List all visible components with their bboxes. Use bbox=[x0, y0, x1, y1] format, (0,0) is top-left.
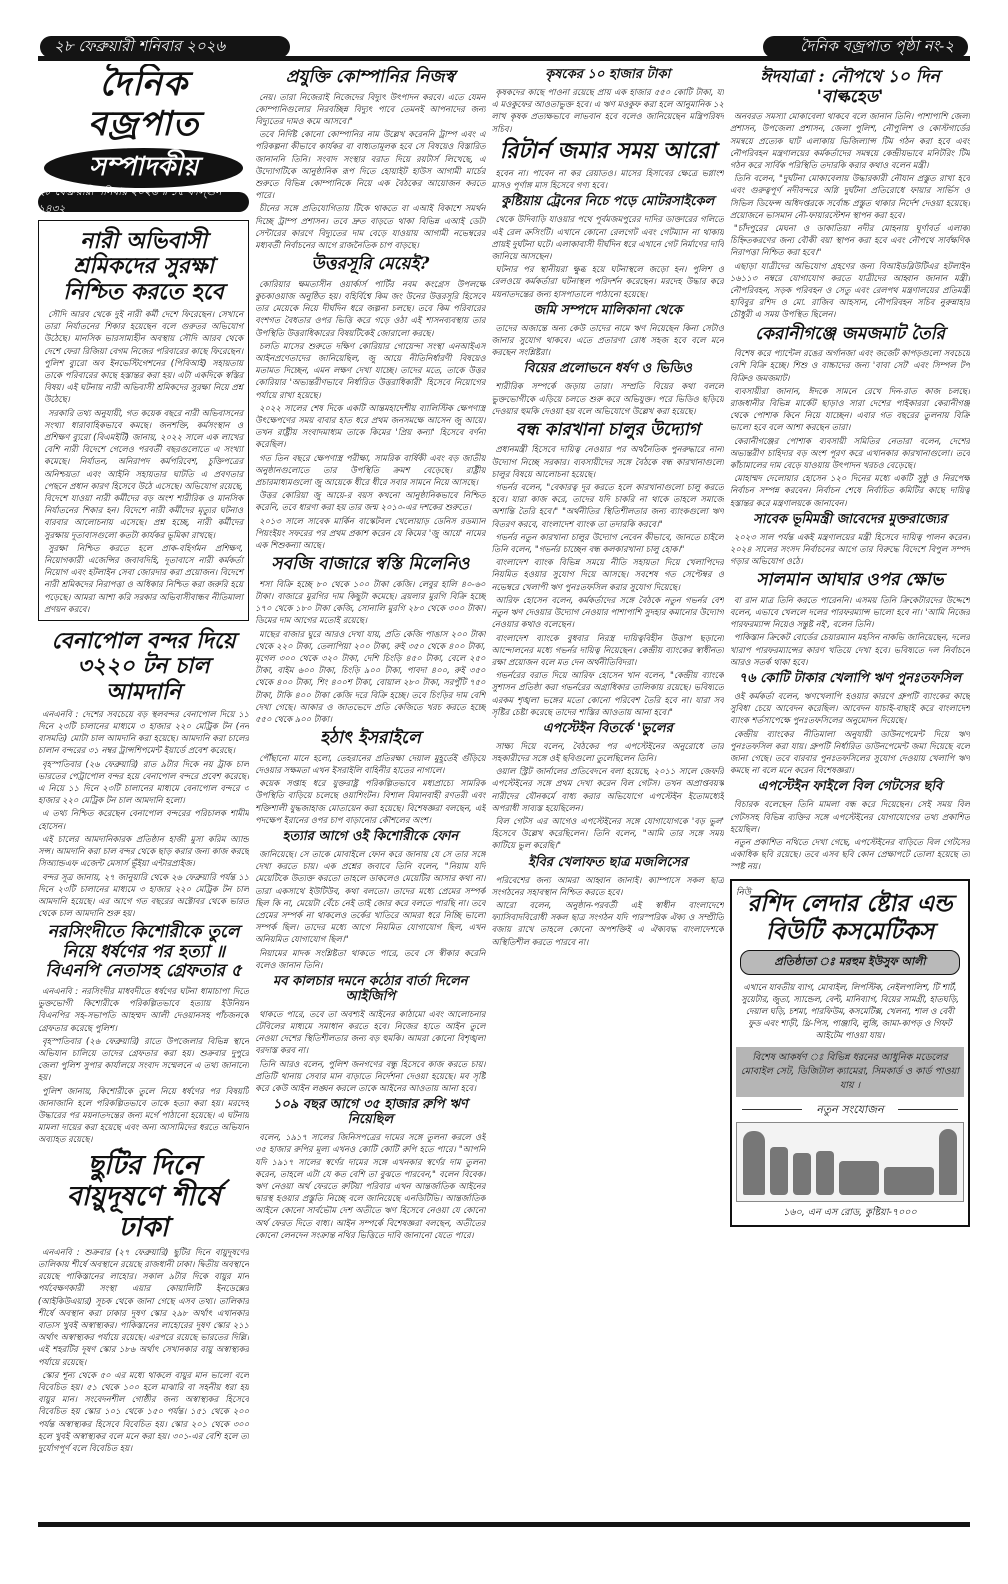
newspaper-page: দৈনিক বজ্রপাত সম্পাদকীয় ২৮ ফেব্রুয়ারী … bbox=[38, 64, 970, 1524]
article-paragraph: বিশেষ করে প্যান্টেল রঙের অর্গানজা এবং জর… bbox=[730, 347, 970, 384]
phone-headline: হত্যার আগে ওই কিশোরীকে ফোন bbox=[255, 830, 485, 845]
article-paragraph: সৌদি আরব থেকে দুই নারী কর্মী দেশে ফিরেছে… bbox=[44, 308, 243, 406]
article-paragraph: বিচারক বলেছেন তিনি মামলা বন্ধ করে দিয়েছ… bbox=[730, 798, 970, 835]
article-paragraph: গভর্নর বলেন, "বেকারত্ব দূর করতে হলে কারখ… bbox=[492, 481, 724, 530]
article-paragraph: পরিবেশের জন্য আমরা আহ্বান জানাই। ক্যাম্প… bbox=[492, 874, 724, 898]
article-paragraph: ২০২৩ সাল পর্যন্ত একই মন্ত্রণালয়ের মন্ত্… bbox=[730, 531, 970, 568]
article-paragraph: ঘটনার পর স্থানীয়রা ক্ষুব্ধ হয়ে ঘটনাস্থ… bbox=[492, 263, 724, 300]
footer-rule bbox=[38, 1522, 970, 1527]
narsingdi-headline: নরসিংদীতে কিশোরীকে তুলে নিয়ে ধর্ষণের পর… bbox=[38, 923, 249, 982]
header-page-pill: দৈনিক বজ্রপাত পৃষ্ঠা নং-২ bbox=[763, 36, 968, 58]
article-paragraph: আরো বলেন, অনুষ্ঠান-পরবর্তী এই স্বাধীন বা… bbox=[492, 899, 724, 948]
keraniganj-headline: কেরানীগঞ্জে জমজমাট তৈরি bbox=[730, 325, 970, 345]
column-4: ঈদযাত্রা : নৌপথে ১০ দিন 'বাল্কহেড' অনবরত… bbox=[730, 64, 970, 1524]
israel-article: হঠাৎ ইসরাইলে পৌঁছানো মানে হলো, তেহরানের … bbox=[255, 729, 485, 826]
ad-store-name: রশিদ লেদার ষ্টোর এন্ড বিউটি কসমেটিকস bbox=[736, 890, 964, 946]
article-paragraph: তিনি বলেন, "দুর্ঘটনা মোকাবেলায় উদ্ধারকা… bbox=[730, 172, 970, 221]
article-paragraph: জানিয়েছে। সে তাকে মোবাইলে ফোন করে জানায… bbox=[255, 848, 485, 946]
article-paragraph: গভর্নর নতুন কারখানা চালুর উদ্যোগ নেবেন ক… bbox=[492, 531, 724, 555]
rupee-headline: ১০৯ বছর আগে ৩৫ হাজার রুপি ঋণ নিয়েছিল bbox=[255, 1098, 485, 1128]
north-korea-headline: উত্তরসূরি মেয়েই? bbox=[255, 255, 485, 275]
article-paragraph: প্রধানমন্ত্রী হিসেবে দায়িত্ব নেওয়ার পর… bbox=[492, 443, 724, 480]
narsingdi-article: নরসিংদীতে কিশোরীকে তুলে নিয়ে ধর্ষণের পর… bbox=[38, 923, 249, 1145]
land-minister-article: সাবেক ভূমিমন্ত্রী জাবেদের মুক্তরাজ্যের ২… bbox=[730, 513, 970, 568]
header-rule bbox=[38, 56, 970, 61]
farmers-article: কৃষকের ১০ হাজার টাকা কৃষকদের কাছে পাওনা … bbox=[492, 68, 724, 135]
article-paragraph: নতুন প্রকাশিত নথিতে দেখা গেছে, এপস্টেইনে… bbox=[730, 836, 970, 873]
israel-headline: হঠাৎ ইসরাইলে bbox=[255, 729, 485, 749]
article-paragraph: বাংলাদেশ ব্যাংকে বুধবার নিরস্ত্র দায়িত্… bbox=[492, 632, 724, 669]
article-paragraph: ২০১৩ সালে সাবেক মার্কিন বাস্কেটবল খেলোয়… bbox=[255, 515, 485, 552]
ad-products: এখানে যাবতীয় ব্যাগ, মোবাইল, লিপস্টিক, ন… bbox=[736, 979, 964, 1043]
article-paragraph: নিয়ামের মাদক সংশ্লিষ্টতা থাকতে পারে, তব… bbox=[255, 947, 485, 971]
article-paragraph: কেন্দ্রীয় ব্যাংকের নীতিমালা অনুযায়ী ডা… bbox=[730, 728, 970, 777]
editorial-headline: নারী অভিবাসী শ্রমিকদের সুরক্ষা নিশ্চিত ক… bbox=[44, 229, 243, 305]
phone-article: হত্যার আগে ওই কিশোরীকে ফোন জানিয়েছে। সে… bbox=[255, 830, 485, 971]
article-paragraph: থেকে উদিবাড়ি যাওয়ার পথে পূর্বমজমপুরের … bbox=[492, 213, 724, 262]
epstein-article: এপস্টেইন বিতর্কে 'ভুলের সাক্ষ্য দিয়ে বল… bbox=[492, 722, 724, 852]
article-paragraph: এই চালের আমদানিকারক প্রতিষ্ঠান হাজী মুসা… bbox=[38, 833, 249, 870]
salman-article: সালমান আঘার ওপর ক্ষোভ বা রান মাত্র তিনি … bbox=[730, 571, 970, 668]
article-paragraph: বা রান মাত্র তিনি করতে পারেননি। এসময় তি… bbox=[730, 594, 970, 631]
article-paragraph: পুলিশ জানায়, কিশোরীকে তুলে নিয়ে ধর্ষণে… bbox=[38, 1085, 249, 1146]
factories-headline: বন্ধ কারখানা চালুর উদ্যোগ bbox=[492, 421, 724, 441]
article-paragraph: তবে নির্দিষ্ট কোনো কোম্পানির নাম উল্লেখ … bbox=[255, 128, 485, 201]
article-paragraph: এনএনবি : দেশের সবচেয়ে বড় স্থলবন্দর বেন… bbox=[38, 708, 249, 757]
salman-headline: সালমান আঘার ওপর ক্ষোভ bbox=[730, 571, 970, 591]
air-pollution-headline: ছুটির দিনে বায়ুদূষণে শীর্ষে ঢাকা bbox=[38, 1150, 249, 1243]
article-paragraph: গভর্নরের বরাত দিয়ে আরিফ হোসেন খান বলেন,… bbox=[492, 669, 724, 718]
eid-article: ঈদযাত্রা : নৌপথে ১০ দিন 'বাল্কহেড' অনবরত… bbox=[730, 68, 970, 321]
article-paragraph: বৃহস্পতিবার (২৬ ফেব্রুয়ারি) রাত ৯টার দি… bbox=[38, 758, 249, 807]
article-paragraph: "চাঁদপুরের মেঘনা ও ডাকাতিয়া নদীর মোহনায… bbox=[730, 222, 970, 259]
tech-article: প্রযুক্তি কোম্পানির নিজস্ব নেয়। তারা নি… bbox=[255, 68, 485, 251]
article-paragraph: পাকিস্তান ক্রিকেট বোর্ডের চেয়ারম্যান মহ… bbox=[730, 631, 970, 668]
mobile-phone-icon bbox=[770, 1147, 788, 1195]
editorial-section-label: সম্পাদকীয় bbox=[44, 148, 243, 188]
reschedule-headline: ৭৬ কোটি টাকার খেলাপি ঋণ পুনঃতফসিল bbox=[730, 672, 970, 687]
marriage-article: বিয়ের প্রলোভনে ধর্ষণ ও ভিডিও শারীরিক সম… bbox=[492, 362, 724, 417]
train-headline: কুষ্টিয়ায় ট্রেনের নিচে পড়ে মোটরসাইকেল bbox=[492, 195, 724, 210]
article-paragraph: তিনি আরও বলেন, পুলিশ জনগণের বন্ধু হিসেবে… bbox=[255, 1058, 485, 1095]
article-paragraph: কৃষকদের কাছে পাওনা রয়েছে প্রায় এক হাজা… bbox=[492, 86, 724, 135]
vegetables-headline: সবজি বাজারে স্বস্তি মিলেনিও bbox=[255, 555, 485, 575]
article-paragraph: কোরিয়ার ক্ষমতাসীন ওয়ার্কার্স পার্টির ন… bbox=[255, 278, 485, 339]
factories-article: বন্ধ কারখানা চালুর উদ্যোগ প্রধানমন্ত্রী … bbox=[492, 421, 724, 718]
rupee-article: ১০৯ বছর আগে ৩৫ হাজার রুপি ঋণ নিয়েছিল বল… bbox=[255, 1098, 485, 1241]
article-paragraph: ২০২২ সালের শেষ দিকে একটি আন্তমহাদেশীয় ব… bbox=[255, 402, 485, 451]
article-paragraph: এনএনবি : নরসিংদীর মাধবদীতে ধর্ষণের ঘটনা … bbox=[38, 985, 249, 1034]
editorial-article: নারী অভিবাসী শ্রমিকদের সুরক্ষা নিশ্চিত ক… bbox=[38, 220, 249, 621]
igp-article: মব কালচার দমনে কঠোর বার্তা দিলেন আইজিপি … bbox=[255, 975, 485, 1094]
return-headline: রিটার্ন জমার সময় আরো bbox=[492, 139, 724, 164]
farmers-headline: কৃষকের ১০ হাজার টাকা bbox=[492, 68, 724, 83]
loan-article: জমি সম্পদে মালিকানা থেকে তাদের অজান্তে অ… bbox=[492, 304, 724, 359]
keraniganj-article: কেরানীগঞ্জে জমজমাট তৈরি বিশেষ করে প্যান্… bbox=[730, 325, 970, 472]
loan-headline: জমি সম্পদে মালিকানা থেকে bbox=[492, 304, 724, 319]
article-paragraph: মোহাম্মদ দেলোয়ার হোসেন ১২০ দিনের মধ্যে … bbox=[730, 472, 970, 509]
epstein-photo-article: এপস্টেইন ফাইলে বিল গেটসের ছবি বিচারক বলে… bbox=[730, 780, 970, 872]
students-article: ইবির খেলাফত ছাত্র মজলিসের পরিবেশের জন্য … bbox=[492, 856, 724, 948]
article-paragraph: ব্যবসায়ীরা জানান, ঈদকে সামনে রেখে দিন-র… bbox=[730, 385, 970, 434]
article-paragraph: শসা বিক্রি হচ্ছে ৮০ থেকে ১০০ টাকা কেজি। … bbox=[255, 578, 485, 627]
article-paragraph: বিল গেটস এর আগেও এপস্টেইনের সঙ্গে যোগাযো… bbox=[492, 815, 724, 852]
masthead-title: দৈনিক বজ্রপাত bbox=[38, 64, 249, 144]
person-figure-icon bbox=[743, 1131, 765, 1195]
train-article: কুষ্টিয়ায় ট্রেনের নিচে পড়ে মোটরসাইকেল… bbox=[492, 195, 724, 299]
ad-product-images bbox=[736, 1122, 964, 1202]
benapole-article: বেনাপোল বন্দর দিয়ে ৩২২০ টন চাল আমদানি এ… bbox=[38, 629, 249, 919]
north-korea-article: উত্তরসূরি মেয়েই? কোরিয়ার ক্ষমতাসীন ওয়… bbox=[255, 255, 485, 551]
article-paragraph: কয়েক সপ্তাহ ধরে যুক্তরাষ্ট্র পরিকল্পিতভ… bbox=[255, 777, 485, 826]
article-paragraph: ওয়াল স্ট্রিট জার্নালের প্রতিবেদনে বলা হ… bbox=[492, 765, 724, 814]
column-3: কৃষকের ১০ হাজার টাকা কৃষকদের কাছে পাওনা … bbox=[492, 64, 724, 1524]
article-paragraph: শারীরিক সম্পর্কে জড়ায় তারা। সম্প্রতি ব… bbox=[492, 380, 724, 417]
column-2: প্রযুক্তি কোম্পানির নিজস্ব নেয়। তারা নি… bbox=[255, 64, 485, 1524]
marriage-headline: বিয়ের প্রলোভনে ধর্ষণ ও ভিডিও bbox=[492, 362, 724, 377]
article-paragraph: তাদের অজান্তে অন্য কেউ তাদের নামে ঋণ নিয… bbox=[492, 322, 724, 359]
tech-headline: প্রযুক্তি কোম্পানির নিজস্ব bbox=[255, 68, 485, 88]
air-pollution-article: ছুটির দিনে বায়ুদূষণে শীর্ষে ঢাকা এনএনবি… bbox=[38, 1150, 249, 1455]
article-paragraph: বাংলাদেশ ব্যাংক বিভিন্ন সময়ে নীতি সহায়… bbox=[492, 556, 724, 593]
article-paragraph: মাছের বাজার ঘুরে আরও দেখা যায়, প্রতি কে… bbox=[255, 628, 485, 726]
article-paragraph: গত তিন বছরে ক্ষেপণাস্ত্র পরীক্ষা, সামরিক… bbox=[255, 452, 485, 489]
article-paragraph: আরিফ হোসেন বলেন, কর্মকর্তাদের সঙ্গে বৈঠক… bbox=[492, 594, 724, 631]
article-paragraph: হবেন না। পাবেন না কর রেয়াতও। মাসের হিসা… bbox=[492, 167, 724, 191]
reschedule-article: ৭৬ কোটি টাকার খেলাপি ঋণ পুনঃতফসিল ওই কর্… bbox=[730, 672, 970, 776]
return-article: রিটার্ন জমার সময় আরো হবেন না। পাবেন না … bbox=[492, 139, 724, 192]
ad-address: ১৬০, এন এস রোড, কুষ্টিয়া-৭০০০ bbox=[736, 1206, 964, 1221]
editorial-date: ২৮ ফেব্রুয়ারী শনিবার ২০২৬ ॥ ১৫ ফাল্গুন … bbox=[38, 185, 249, 219]
ad-founder: প্রতিষ্ঠাতা ঃ মরহুম ইউসুফ আলী bbox=[740, 950, 960, 975]
camera-icon bbox=[839, 1161, 879, 1195]
article-paragraph: বলেন, ১৯১৭ সালের জিনিসপত্রের দামের সঙ্গে… bbox=[255, 1131, 485, 1241]
article-paragraph: সুরক্ষা নিশ্চিত করতে হলে প্রাক-বহির্গমন … bbox=[44, 542, 243, 615]
article-paragraph: উত্তর কোরিয়া জু আয়ে-র বয়স কখনো আনুষ্ঠ… bbox=[255, 489, 485, 513]
land-minister-headline: সাবেক ভূমিমন্ত্রী জাবেদের মুক্তরাজ্যের bbox=[730, 513, 970, 528]
article-paragraph: এনএনবি : শুক্রবার (২৭ ফেব্রুয়ারি) ছুটির… bbox=[38, 1246, 249, 1368]
article-paragraph: চীনের সঙ্গে প্রতিযোগিতায় টিকে থাকতে বা … bbox=[255, 202, 485, 251]
article-paragraph: সাক্ষ্য দিয়ে বলেন, বৈঠকের পর এপস্টেইনের… bbox=[492, 740, 724, 764]
article-paragraph: বৃহস্পতিবার (২৬ ফেব্রুয়ারি) রাতে উপজেলা… bbox=[38, 1035, 249, 1084]
column-1: দৈনিক বজ্রপাত সম্পাদকীয় ২৮ ফেব্রুয়ারী … bbox=[38, 64, 249, 1524]
article-paragraph: কেরানীগঞ্জের পোশাক ব্যবসায়ী সমিতির নেতা… bbox=[730, 435, 970, 472]
article-paragraph: থাকতে পারে, তবে তা অবশ্যই আইনের কাঠামো এ… bbox=[255, 1008, 485, 1057]
election-article: মোহাম্মদ দেলোয়ার হোসেন ১২০ দিনের মধ্যে … bbox=[730, 472, 970, 509]
article-paragraph: এছাড়া যাত্রীদের অভিযোগ গ্রহণের জন্য বিআ… bbox=[730, 260, 970, 321]
video-camera-icon bbox=[884, 1167, 934, 1195]
article-paragraph: অনবরত সমস্যা মোকাবেলা থাকবে বলে জানান তি… bbox=[730, 110, 970, 171]
ad-special-offer: বিশেষ আকর্ষণ ঃ বিভিন্ন ধরনের আধুনিক মডেল… bbox=[736, 1047, 964, 1097]
benapole-headline: বেনাপোল বন্দর দিয়ে ৩২২০ টন চাল আমদানি bbox=[38, 629, 249, 705]
article-paragraph: এ তথ্য নিশ্চিত করেছেন বেনাপোল বন্দরের পর… bbox=[38, 807, 249, 831]
igp-headline: মব কালচার দমনে কঠোর বার্তা দিলেন আইজিপি bbox=[255, 975, 485, 1005]
eid-headline: ঈদযাত্রা : নৌপথে ১০ দিন 'বাল্কহেড' bbox=[730, 68, 970, 107]
vegetables-article: সবজি বাজারে স্বস্তি মিলেনিও শসা বিক্রি হ… bbox=[255, 555, 485, 725]
advertisement-box: নিউ রশিদ লেদার ষ্টোর এন্ড বিউটি কসমেটিকস… bbox=[730, 879, 970, 1227]
article-paragraph: ওই কর্মকর্তা বলেন, ঋণখেলাপি হওয়ার কারণে… bbox=[730, 690, 970, 727]
students-headline: ইবির খেলাফত ছাত্র মজলিসের bbox=[492, 856, 724, 871]
epstein-headline: এপস্টেইন বিতর্কে 'ভুলের bbox=[492, 722, 724, 737]
header-date-pill: ২৮ ফেব্রুয়ারী শনিবার ২০২৬ bbox=[40, 36, 290, 58]
person-figure-icon bbox=[939, 1129, 957, 1195]
epstein-photo-headline: এপস্টেইন ফাইলে বিল গেটসের ছবি bbox=[730, 780, 970, 795]
editorial-label-text: সম্পাদকীয় bbox=[89, 146, 198, 190]
article-paragraph: বন্দর সূত্র জানায়, ২৭ জানুয়ারি থেকে ২৬… bbox=[38, 871, 249, 920]
mobile-phone-icon bbox=[816, 1151, 834, 1195]
article-paragraph: পৌঁছানো মানে হলো, তেহরানের প্রতিরক্ষা দে… bbox=[255, 752, 485, 776]
article-paragraph: নেয়। তারা নিজেরাই নিজেদের বিদ্যুৎ উৎপাদ… bbox=[255, 91, 485, 128]
mobile-phone-icon bbox=[793, 1153, 811, 1195]
article-paragraph: স্কোর শূন্য থেকে ৫০ এর মধ্যে থাকলে বায়ু… bbox=[38, 1369, 249, 1454]
ad-new-addition-label: নতুন সংযোজন bbox=[736, 1101, 964, 1120]
editorial-date-pill: ২৮ ফেব্রুয়ারী শনিবার ২০২৬ ॥ ১৫ ফাল্গুন … bbox=[38, 192, 249, 212]
article-paragraph: সরকারি তথ্য অনুযায়ী, গত কয়েক বছরে নারী… bbox=[44, 407, 243, 541]
article-paragraph: চলতি মাসের শুরুতে দক্ষিণ কোরিয়ার গোয়েন… bbox=[255, 340, 485, 401]
